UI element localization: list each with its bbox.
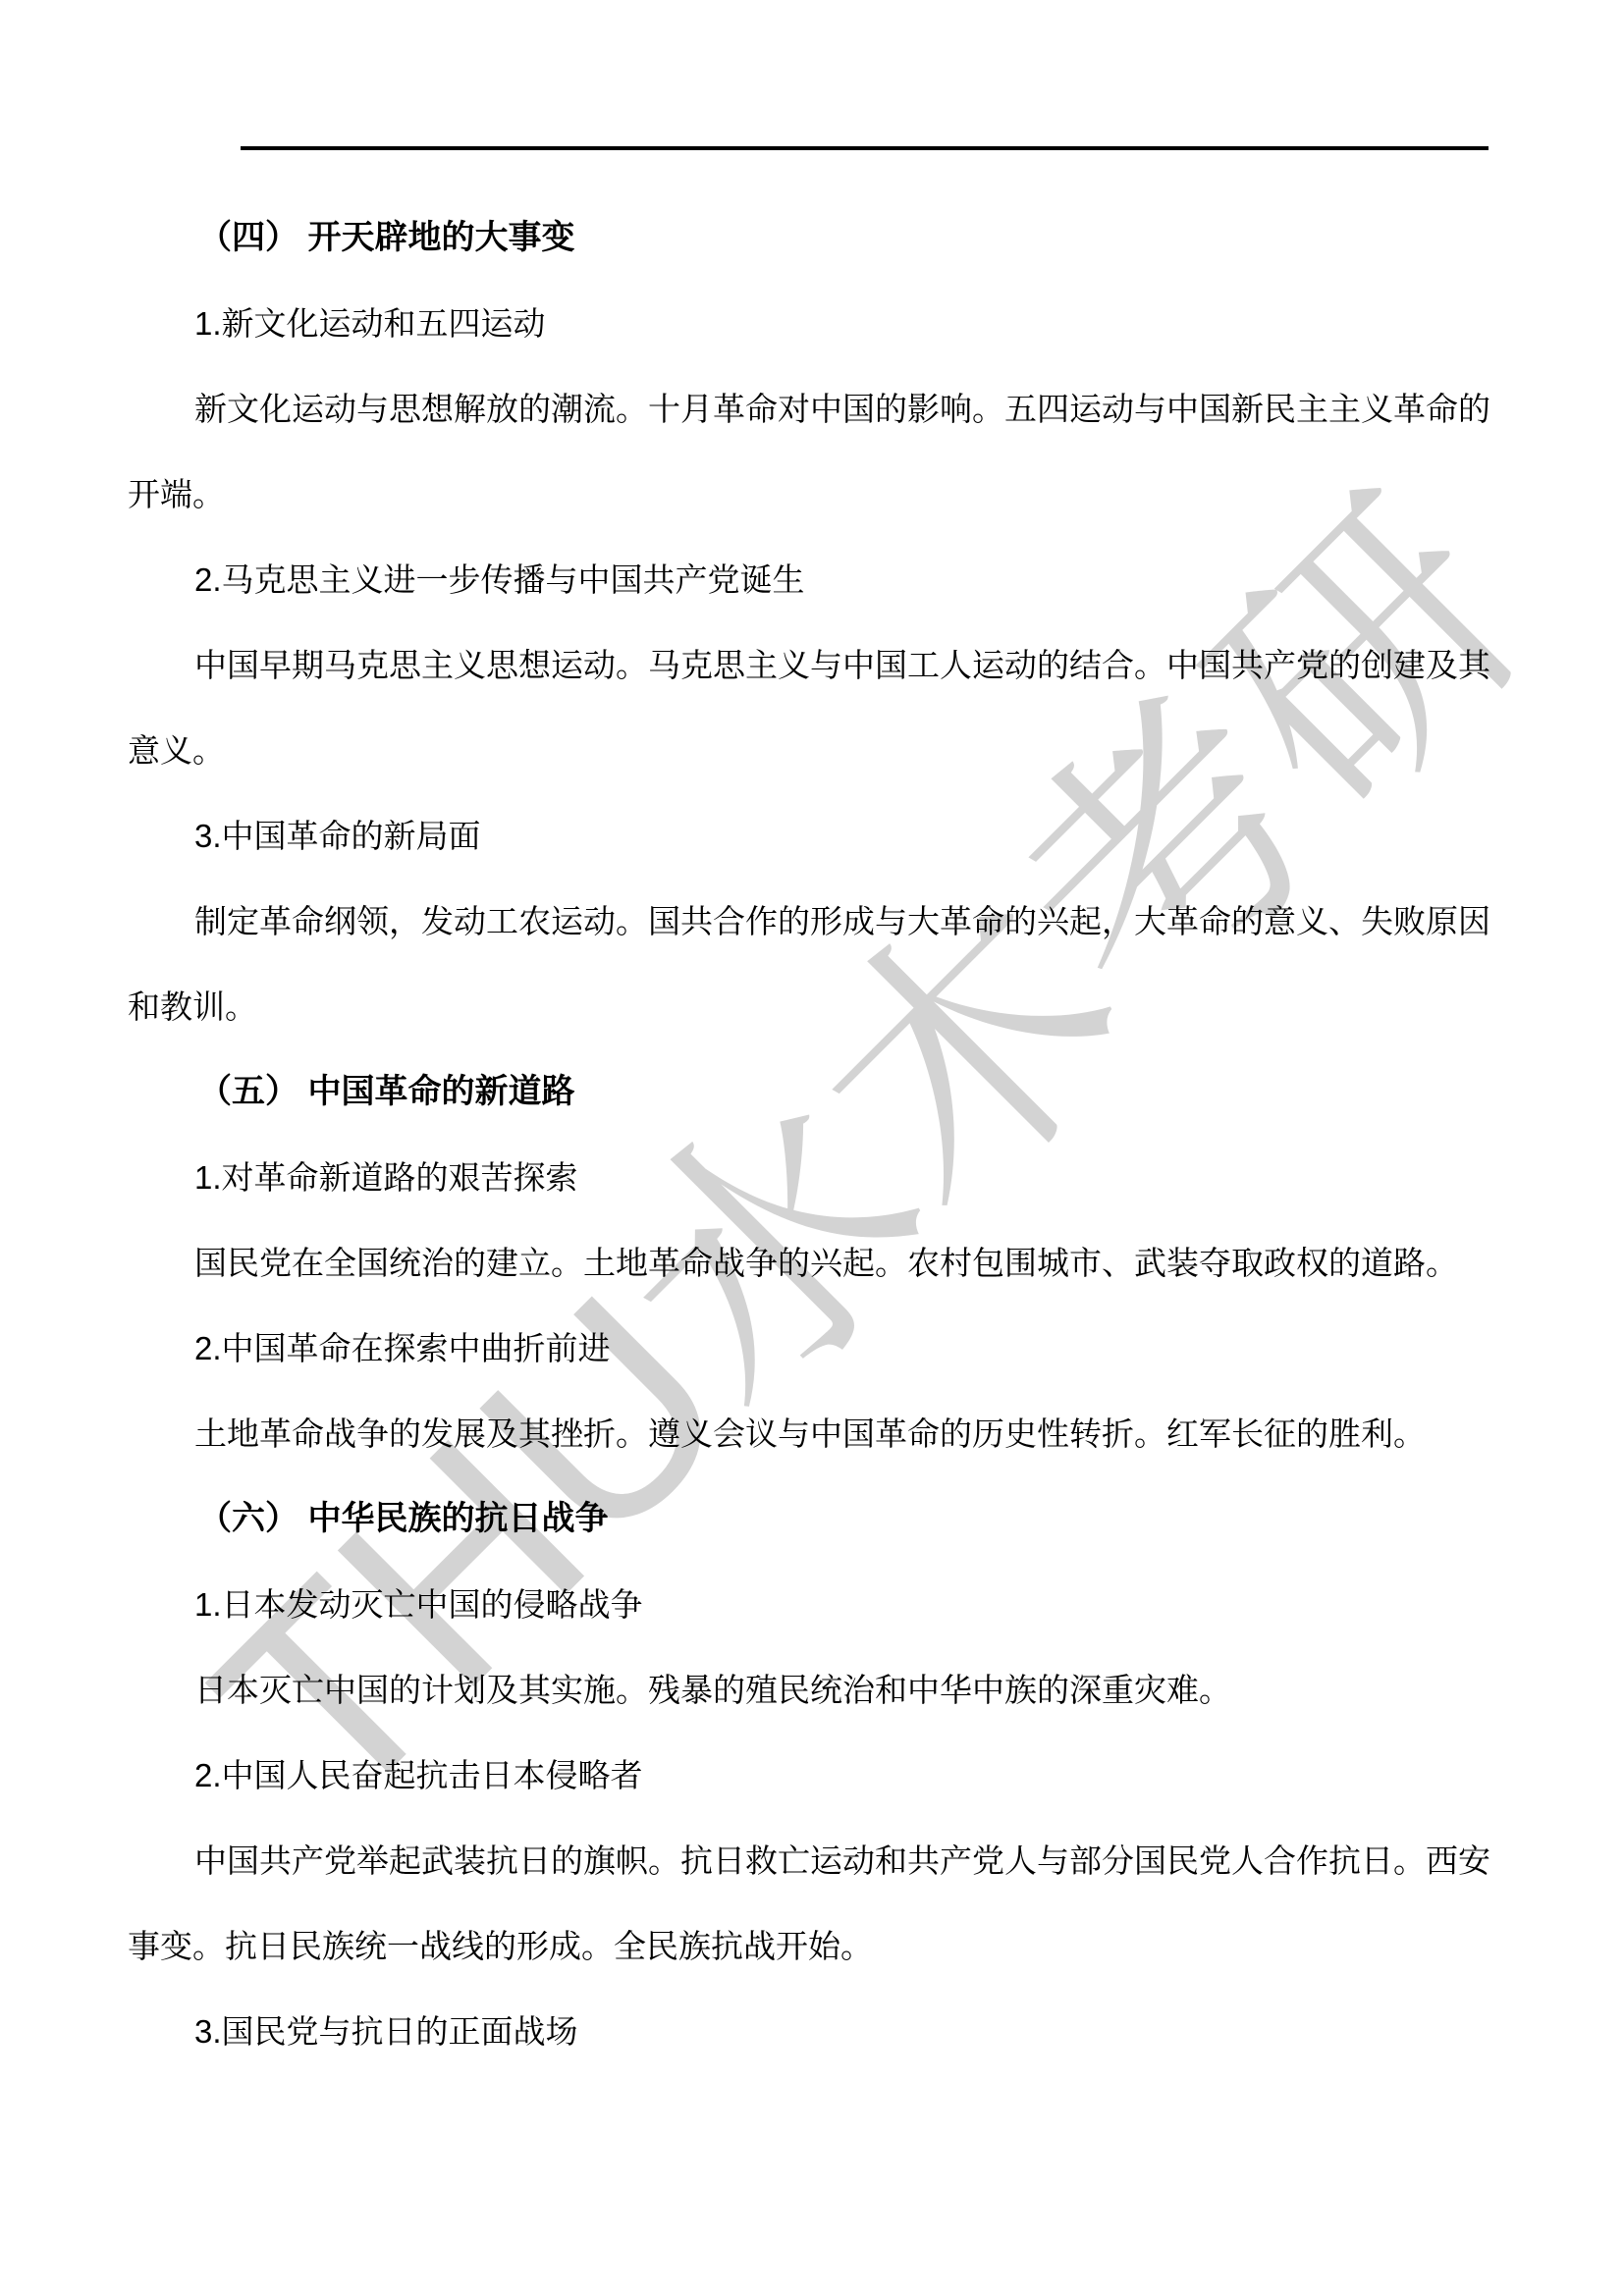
text-line: 日本灭亡中国的计划及其实施。残暴的殖民统治和中华中族的深重灾难。	[128, 1647, 1502, 1733]
text-line: 新文化运动与思想解放的潮流。十月革命对中国的影响。五四运动与中国新民主主义革命的	[128, 366, 1502, 452]
text-line: 3.中国革命的新局面	[128, 793, 1502, 879]
document-body: （四） 开天辟地的大事变1.新文化运动和五四运动新文化运动与思想解放的潮流。十月…	[128, 195, 1502, 2074]
header-rule	[241, 146, 1489, 150]
section-heading: （四） 开天辟地的大事变	[128, 195, 1502, 281]
text-line: 和教训。	[128, 964, 1502, 1049]
text-line: 中国共产党举起武装抗日的旗帜。抗日救亡运动和共产党人与部分国民党人合作抗日。西安	[128, 1818, 1502, 1903]
text-line: 意义。	[128, 708, 1502, 793]
section-heading: （五） 中国革命的新道路	[128, 1049, 1502, 1135]
text-line: 1.新文化运动和五四运动	[128, 281, 1502, 366]
text-line: 中国早期马克思主义思想运动。马克思主义与中国工人运动的结合。中国共产党的创建及其	[128, 622, 1502, 708]
text-line: 2.中国革命在探索中曲折前进	[128, 1306, 1502, 1391]
text-line: 土地革命战争的发展及其挫折。遵义会议与中国革命的历史性转折。红军长征的胜利。	[128, 1391, 1502, 1476]
text-line: 2.马克思主义进一步传播与中国共产党诞生	[128, 537, 1502, 622]
document-page: THU水木考研 （四） 开天辟地的大事变1.新文化运动和五四运动新文化运动与思想…	[0, 0, 1624, 2296]
text-line: 制定革命纲领，发动工农运动。国共合作的形成与大革命的兴起，大革命的意义、失败原因	[128, 879, 1502, 964]
section-heading: （六） 中华民族的抗日战争	[128, 1476, 1502, 1562]
text-line: 1.日本发动灭亡中国的侵略战争	[128, 1562, 1502, 1647]
text-line: 3.国民党与抗日的正面战场	[128, 1989, 1502, 2074]
text-line: 国民党在全国统治的建立。土地革命战争的兴起。农村包围城市、武装夺取政权的道路。	[128, 1220, 1502, 1306]
text-line: 事变。抗日民族统一战线的形成。全民族抗战开始。	[128, 1903, 1502, 1989]
text-line: 1.对革命新道路的艰苦探索	[128, 1135, 1502, 1220]
text-line: 2.中国人民奋起抗击日本侵略者	[128, 1733, 1502, 1818]
text-line: 开端。	[128, 452, 1502, 537]
